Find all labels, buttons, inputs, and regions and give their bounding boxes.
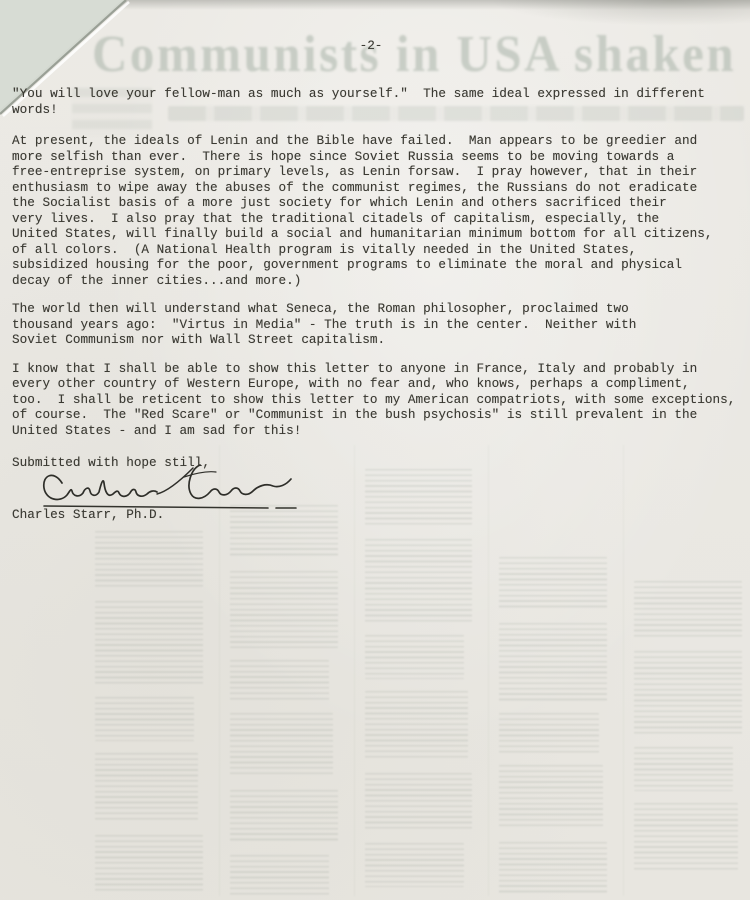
- scanned-letter-page: { "page": { "number": "-2-" }, "ghost": …: [0, 0, 750, 900]
- scan-corner-smudge: [490, 0, 750, 26]
- signature-name-text: Charles Starr: [12, 471, 13, 472]
- page-number: -2-: [12, 38, 730, 54]
- signature-block: Charles Starr: [12, 471, 748, 507]
- letter-body: -2- "You will love your fellow-man as mu…: [12, 38, 748, 522]
- paragraph-lenin-bible: At present, the ideals of Lenin and the …: [12, 133, 748, 288]
- paragraph-quote-ideal: "You will love your fellow-man as much a…: [12, 86, 748, 117]
- handwritten-signature: [38, 461, 308, 515]
- paragraph-seneca: The world then will understand what Sene…: [12, 301, 748, 348]
- paragraph-red-scare: I know that I shall be able to show this…: [12, 361, 748, 439]
